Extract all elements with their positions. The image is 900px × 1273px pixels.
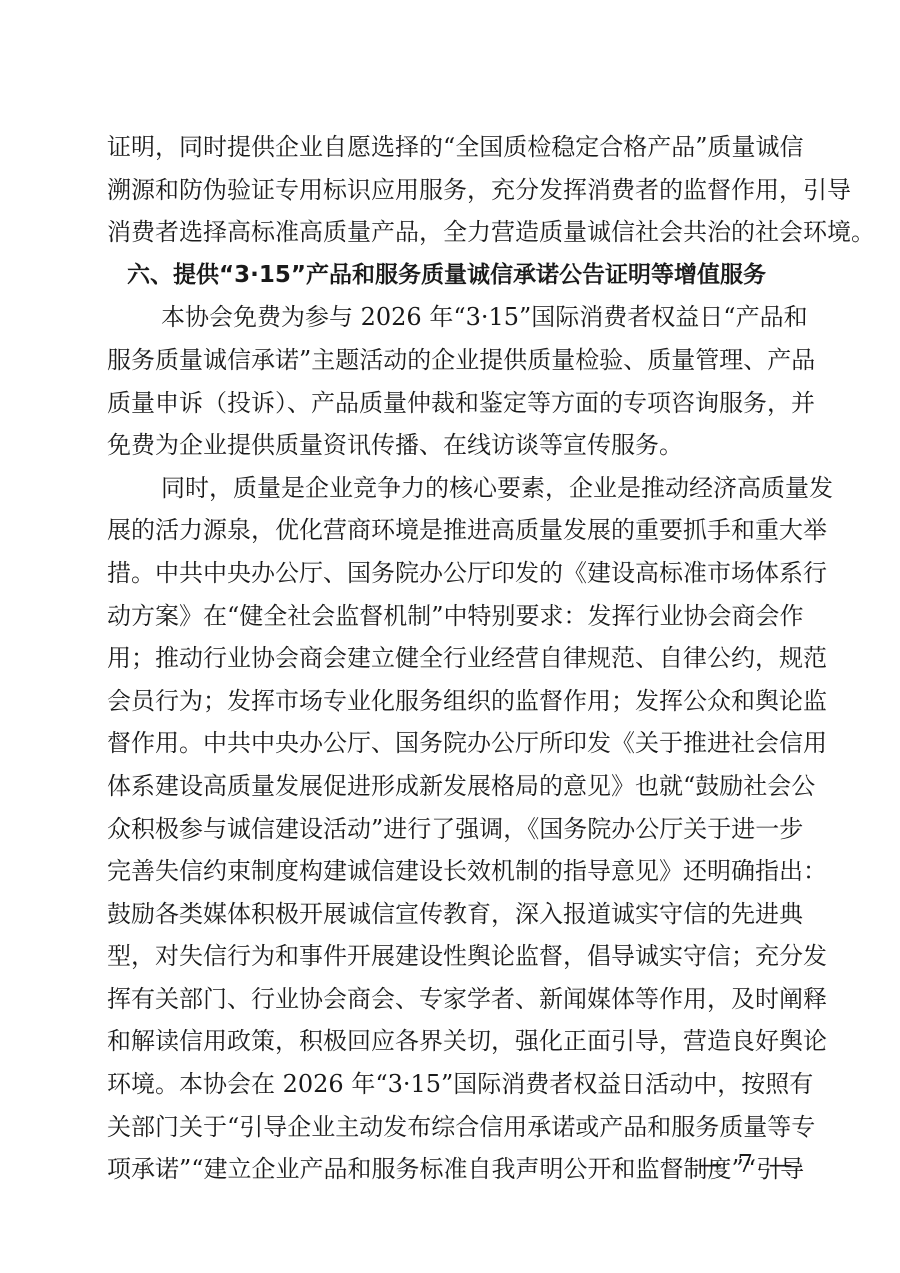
text-line: 动方案》在“健全社会监督机制”中特别要求：发挥行业协会商会作 — [107, 595, 793, 638]
text-line: 完善失信约束制度构建诚信建设长效机制的指导意见》还明确指出： — [107, 850, 793, 893]
text-line: 众积极参与诚信建设活动”进行了强调，《国务院办公厅关于进一步 — [107, 808, 793, 851]
text-line: 用；推动行业协会商会建立健全行业经营自律规范、自律公约，规范 — [107, 637, 793, 680]
text-line: 鼓励各类媒体积极开展诚信宣传教育，深入报道诚实守信的先进典 — [107, 893, 793, 936]
text-line: 和解读信用政策，积极回应各界关切，强化正面引导，营造良好舆论 — [107, 1020, 793, 1063]
text-line: 消费者选择高标准高质量产品，全力营造质量诚信社会共治的社会环境。 — [107, 211, 793, 254]
text-line: 免费为企业提供质量资讯传播、在线访谈等宣传服务。 — [107, 424, 793, 467]
text-line: 关部门关于“引导企业主动发布综合信用承诺或产品和服务质量等专 — [107, 1106, 793, 1149]
text-line: 展的活力源泉，优化营商环境是推进高质量发展的重要抓手和重大举 — [107, 509, 793, 552]
document-body: 证明，同时提供企业自愿选择的“全国质检稳定合格产品”质量诚信 溯源和防伪验证专用… — [107, 126, 793, 1191]
page-number: — 7 — — [698, 1150, 797, 1178]
text-line: 同时，质量是企业竞争力的核心要素，企业是推动经济高质量发 — [107, 467, 793, 510]
section-heading: 六、提供“3·15”产品和服务质量诚信承诺公告证明等增值服务 — [107, 254, 793, 297]
text-line: 溯源和防伪验证专用标识应用服务，充分发挥消费者的监督作用，引导 — [107, 169, 793, 212]
text-line: 证明，同时提供企业自愿选择的“全国质检稳定合格产品”质量诚信 — [107, 126, 793, 169]
text-line: 环境。本协会在 2026 年“3·15”国际消费者权益日活动中，按照有 — [107, 1063, 793, 1106]
text-line: 督作用。中共中央办公厅、国务院办公厅所印发《关于推进社会信用 — [107, 722, 793, 765]
text-line: 体系建设高质量发展促进形成新发展格局的意见》也就“鼓励社会公 — [107, 765, 793, 808]
text-line: 会员行为；发挥市场专业化服务组织的监督作用；发挥公众和舆论监 — [107, 680, 793, 723]
text-line: 质量申诉（投诉）、产品质量仲裁和鉴定等方面的专项咨询服务，并 — [107, 382, 793, 425]
text-line: 本协会免费为参与 2026 年“3·15”国际消费者权益日“产品和 — [107, 296, 793, 339]
text-line: 服务质量诚信承诺”主题活动的企业提供质量检验、质量管理、产品 — [107, 339, 793, 382]
text-line: 措。中共中央办公厅、国务院办公厅印发的《建设高标准市场体系行 — [107, 552, 793, 595]
text-line: 挥有关部门、行业协会商会、专家学者、新闻媒体等作用，及时阐释 — [107, 978, 793, 1021]
text-line: 型，对失信行为和事件开展建设性舆论监督，倡导诚实守信；充分发 — [107, 935, 793, 978]
text-line: 项承诺”“建立企业产品和服务标准自我声明公开和监督制度”“引导 — [107, 1148, 793, 1191]
